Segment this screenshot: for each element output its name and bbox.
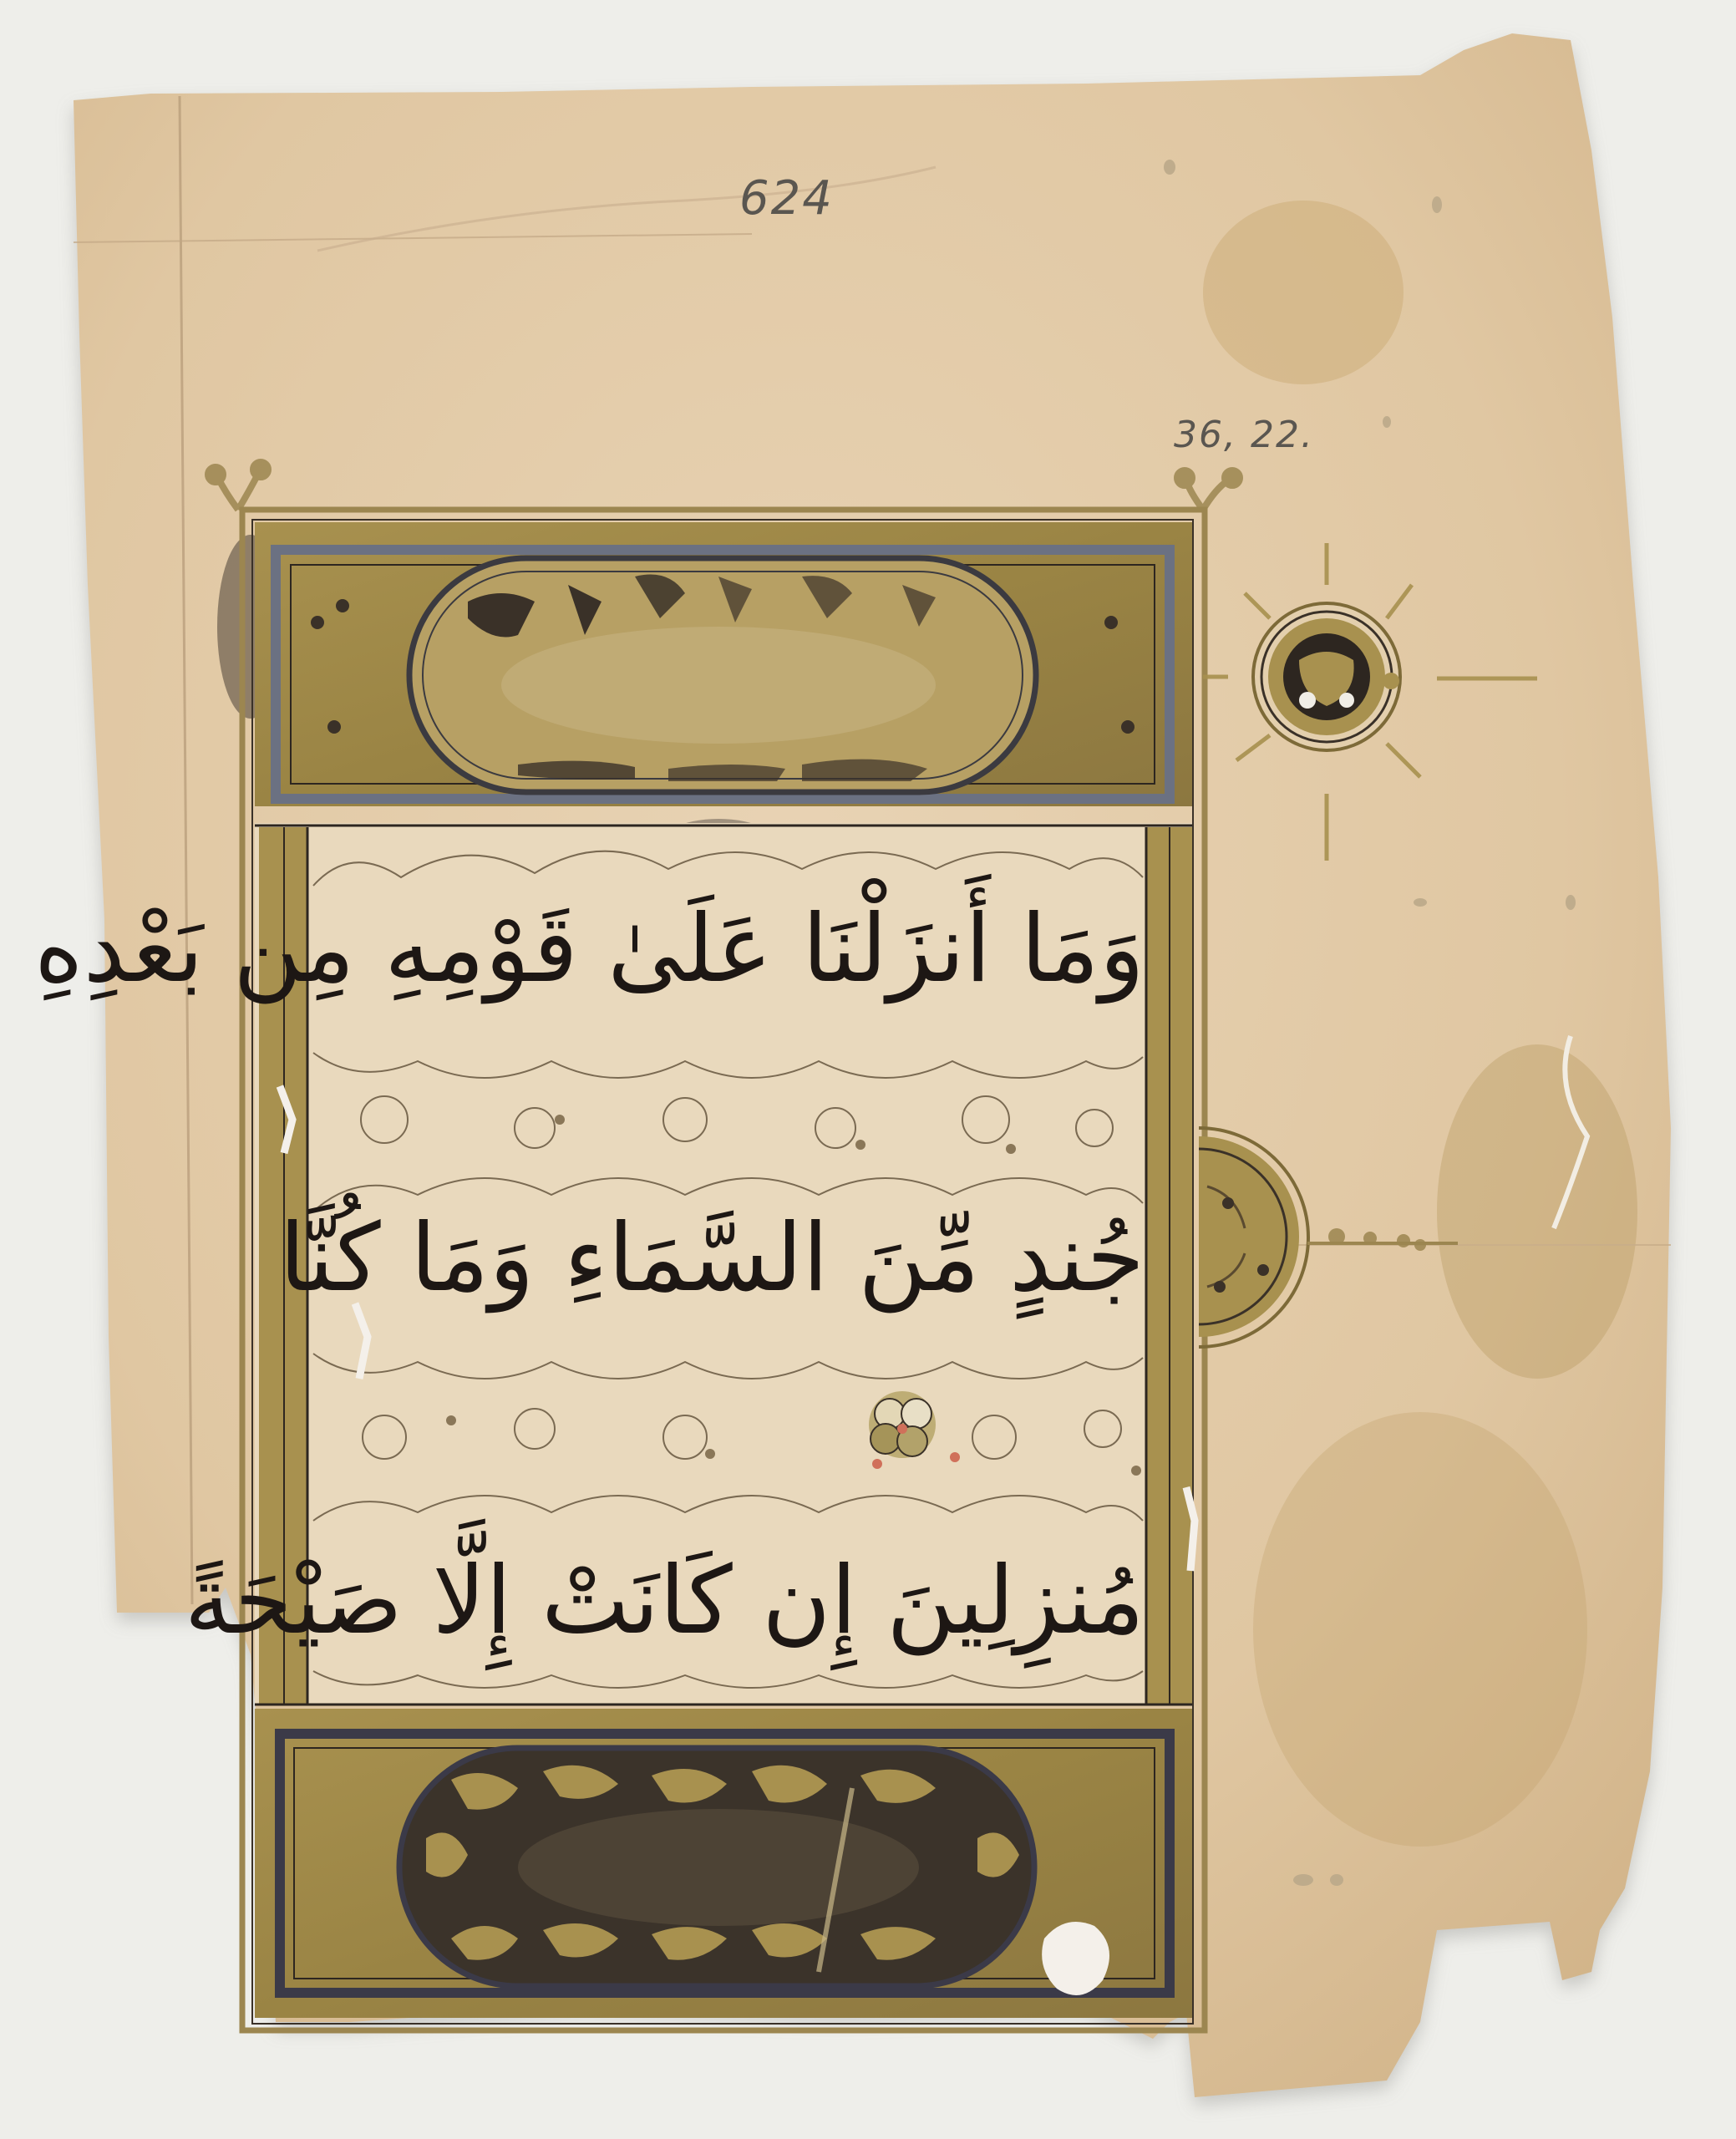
stain [1203, 201, 1404, 384]
manuscript-folio [0, 0, 1736, 2139]
stain [1253, 1412, 1587, 1847]
calligraphy-line-3: مُنزِلِينَ إِن كَانَتْ إِلَّا صَيْحَةً [309, 1554, 1145, 1648]
calligraphy-line-2: جُندٍ مِّنَ السَّمَاءِ وَمَا كُنَّا [309, 1212, 1145, 1305]
calligraphy-line-1: وَمَا أَنزَلْنَا عَلَىٰ قَوْمِهِ مِن بَع… [309, 902, 1145, 996]
top-illuminated-panel [255, 522, 1192, 806]
verse-reference-annotation: 36, 22. [1174, 414, 1314, 456]
folio-number-annotation: 624 [739, 171, 834, 226]
bottom-illuminated-panel [255, 1709, 1192, 2018]
stain [1437, 1044, 1637, 1379]
